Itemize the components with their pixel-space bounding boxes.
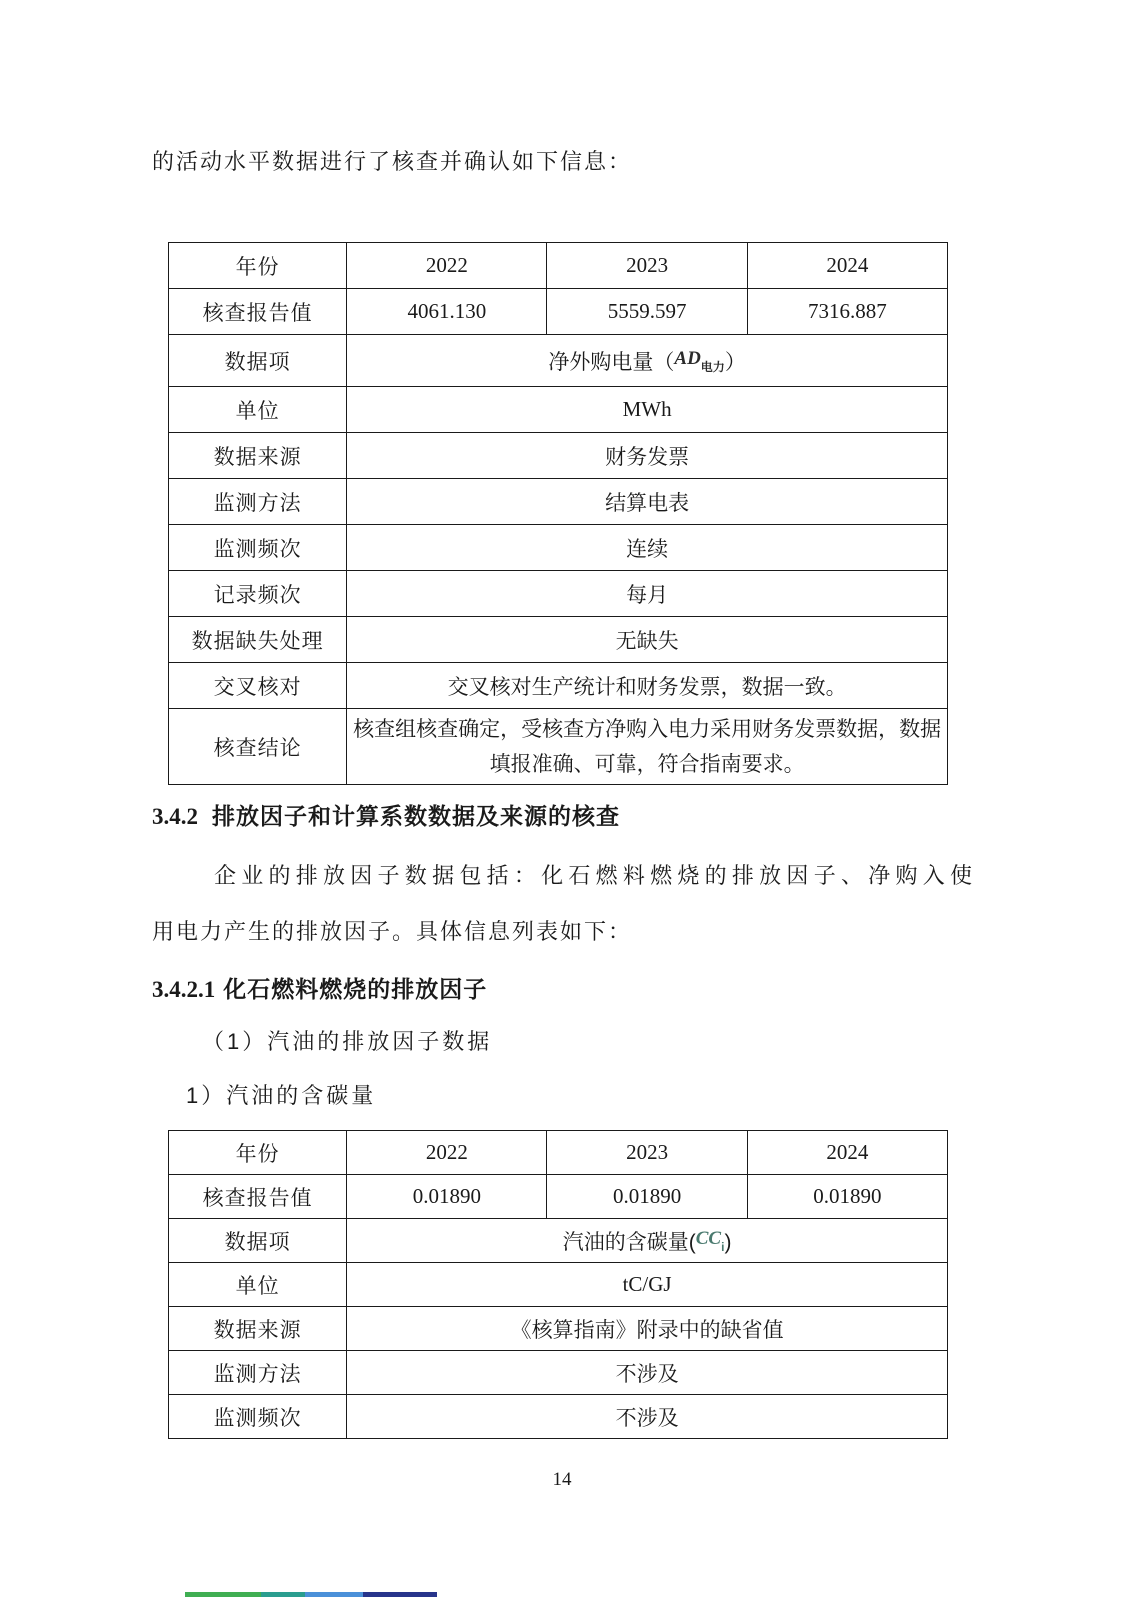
value-cell: 7316.887 bbox=[747, 289, 947, 335]
carbon-content-table: 年份 2022 2023 2024 核查报告值 0.01890 0.01890 … bbox=[168, 1130, 948, 1439]
row-label: 监测方法 bbox=[169, 1351, 347, 1395]
row-label: 单位 bbox=[169, 1263, 347, 1307]
year-cell: 2023 bbox=[547, 1131, 747, 1175]
value-cell: MWh bbox=[347, 387, 948, 433]
table-row: 监测频次 连续 bbox=[169, 525, 948, 571]
value-cell: 财务发票 bbox=[347, 433, 948, 479]
year-cell: 2022 bbox=[347, 1131, 547, 1175]
table-row: 数据来源 财务发票 bbox=[169, 433, 948, 479]
intro-text: 的活动水平数据进行了核查并确认如下信息： bbox=[152, 146, 972, 178]
table-row-data-item: 数据项 汽油的含碳量(CCi) bbox=[169, 1219, 948, 1263]
formula-subscript: i bbox=[721, 1240, 724, 1254]
activity-data-table: 年份 2022 2023 2024 核查报告值 4061.130 5559.59… bbox=[168, 242, 948, 785]
year-cell: 2022 bbox=[347, 243, 547, 289]
row-label: 数据来源 bbox=[169, 433, 347, 479]
value-cell: 《核算指南》附录中的缺省值 bbox=[347, 1307, 948, 1351]
value-cell: 0.01890 bbox=[547, 1175, 747, 1219]
table-row-years: 年份 2022 2023 2024 bbox=[169, 243, 948, 289]
table-row: 监测方法 不涉及 bbox=[169, 1351, 948, 1395]
table-row: 数据来源 《核算指南》附录中的缺省值 bbox=[169, 1307, 948, 1351]
data-item-prefix: 净外购电量（ bbox=[548, 351, 674, 374]
footer-bar-segment bbox=[261, 1592, 305, 1597]
heading-text: 化石燃料燃烧的排放因子 bbox=[223, 976, 487, 1002]
value-cell: 连续 bbox=[347, 525, 948, 571]
value-cell: 不涉及 bbox=[347, 1395, 948, 1439]
value-cell: tC/GJ bbox=[347, 1263, 948, 1307]
row-label: 年份 bbox=[169, 243, 347, 289]
table-row-conclusion: 核查结论 核查组核查确定，受核查方净购入电力采用财务发票数据，数据填报准确、可靠… bbox=[169, 709, 948, 785]
year-cell: 2024 bbox=[747, 243, 947, 289]
data-item-prefix: 汽油的含碳量( bbox=[563, 1231, 696, 1254]
data-item-suffix: ) bbox=[724, 1231, 731, 1254]
heading-text: 排放因子和计算系数数据及来源的核查 bbox=[212, 803, 620, 829]
table-row: 交叉核对 交叉核对生产统计和财务发票，数据一致。 bbox=[169, 663, 948, 709]
paragraph-line-1: 企业的排放因子数据包括：化石燃料燃烧的排放因子、净购入使 bbox=[152, 859, 972, 893]
table-row: 记录频次 每月 bbox=[169, 571, 948, 617]
document-page: 的活动水平数据进行了核查并确认如下信息： 年份 2022 2023 2024 核… bbox=[0, 0, 1132, 1600]
year-cell: 2024 bbox=[747, 1131, 947, 1175]
list-item-gasoline-factor: （1）汽油的排放因子数据 bbox=[202, 1026, 972, 1058]
page-number: 14 bbox=[152, 1469, 972, 1491]
formula-symbol: CC bbox=[696, 1228, 721, 1249]
table-row: 监测频次 不涉及 bbox=[169, 1395, 948, 1439]
page-content: 的活动水平数据进行了核查并确认如下信息： 年份 2022 2023 2024 核… bbox=[0, 0, 1132, 1491]
row-label: 交叉核对 bbox=[169, 663, 347, 709]
value-cell: 0.01890 bbox=[347, 1175, 547, 1219]
table-row: 单位 MWh bbox=[169, 387, 948, 433]
heading-number: 3.4.2.1 bbox=[152, 977, 215, 1002]
formula-symbol: AD bbox=[674, 348, 700, 369]
row-label: 核查报告值 bbox=[169, 289, 347, 335]
section-heading-3421: 3.4.2.1化石燃料燃烧的排放因子 bbox=[152, 971, 972, 1008]
value-cell: 结算电表 bbox=[347, 479, 948, 525]
table-row: 监测方法 结算电表 bbox=[169, 479, 948, 525]
row-label: 单位 bbox=[169, 387, 347, 433]
footer-color-bar bbox=[185, 1592, 437, 1597]
data-item-cell: 汽油的含碳量(CCi) bbox=[347, 1219, 948, 1263]
value-cell: 5559.597 bbox=[547, 289, 747, 335]
value-cell: 0.01890 bbox=[747, 1175, 947, 1219]
table-row-data-item: 数据项 净外购电量（AD电力） bbox=[169, 335, 948, 387]
table-row: 单位 tC/GJ bbox=[169, 1263, 948, 1307]
row-label: 监测频次 bbox=[169, 1395, 347, 1439]
row-label: 数据来源 bbox=[169, 1307, 347, 1351]
footer-bar-segment bbox=[363, 1592, 437, 1597]
footer-bar-segment bbox=[305, 1592, 363, 1597]
row-label: 监测方法 bbox=[169, 479, 347, 525]
heading-number: 3.4.2 bbox=[152, 804, 198, 829]
table-row-years: 年份 2022 2023 2024 bbox=[169, 1131, 948, 1175]
section-heading-342: 3.4.2排放因子和计算系数数据及来源的核查 bbox=[152, 798, 972, 835]
formula-subscript: 电力 bbox=[701, 360, 725, 374]
row-label: 核查报告值 bbox=[169, 1175, 347, 1219]
year-cell: 2023 bbox=[547, 243, 747, 289]
data-item-suffix: ） bbox=[725, 351, 746, 374]
row-label: 监测频次 bbox=[169, 525, 347, 571]
table-row: 数据缺失处理 无缺失 bbox=[169, 617, 948, 663]
table-row-report-values: 核查报告值 4061.130 5559.597 7316.887 bbox=[169, 289, 948, 335]
row-label: 数据项 bbox=[169, 335, 347, 387]
table-row-report-values: 核查报告值 0.01890 0.01890 0.01890 bbox=[169, 1175, 948, 1219]
row-label: 记录频次 bbox=[169, 571, 347, 617]
row-label: 年份 bbox=[169, 1131, 347, 1175]
value-cell: 每月 bbox=[347, 571, 948, 617]
footer-bar-segment bbox=[185, 1592, 261, 1597]
value-cell: 无缺失 bbox=[347, 617, 948, 663]
row-label: 数据缺失处理 bbox=[169, 617, 347, 663]
row-label: 核查结论 bbox=[169, 709, 347, 785]
paragraph-line-2: 用电力产生的排放因子。具体信息列表如下： bbox=[152, 915, 972, 949]
data-item-cell: 净外购电量（AD电力） bbox=[347, 335, 948, 387]
list-item-carbon-content: 1）汽油的含碳量 bbox=[186, 1080, 972, 1112]
row-label: 数据项 bbox=[169, 1219, 347, 1263]
value-cell: 交叉核对生产统计和财务发票，数据一致。 bbox=[347, 663, 948, 709]
value-cell: 核查组核查确定，受核查方净购入电力采用财务发票数据，数据填报准确、可靠，符合指南… bbox=[347, 709, 948, 785]
value-cell: 4061.130 bbox=[347, 289, 547, 335]
value-cell: 不涉及 bbox=[347, 1351, 948, 1395]
